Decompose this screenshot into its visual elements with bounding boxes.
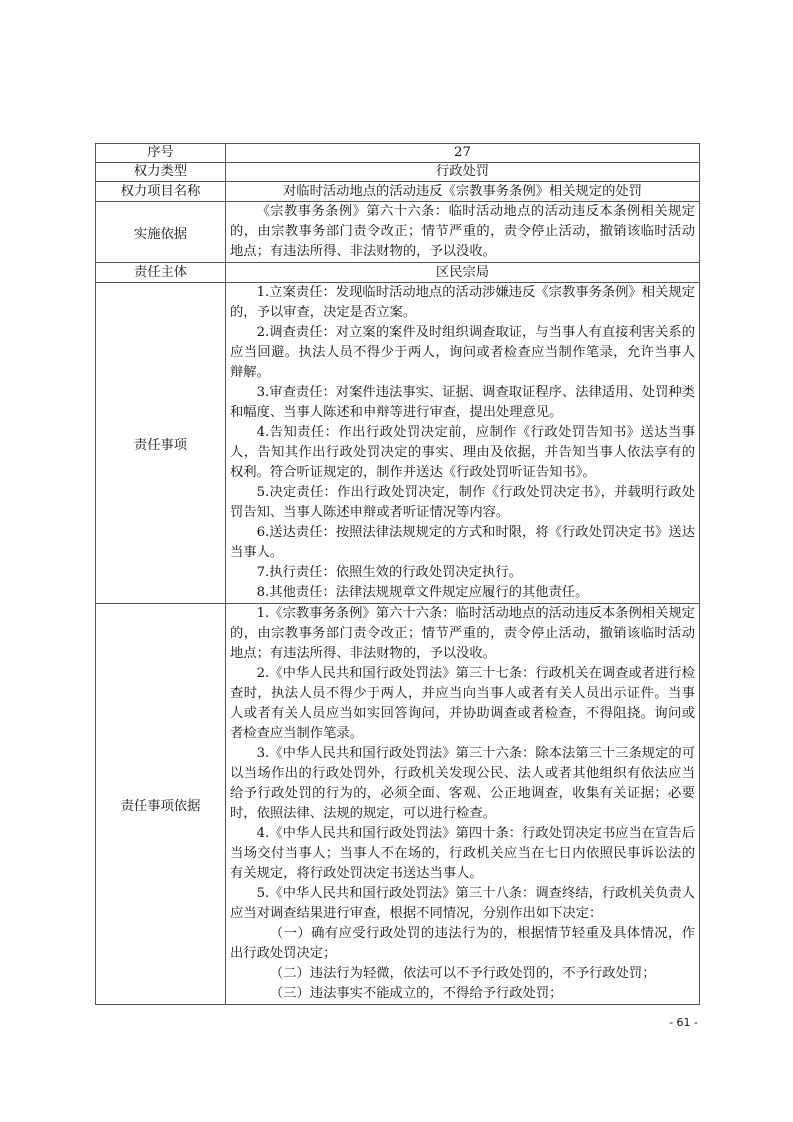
row-subject: 责任主体 区民宗局 xyxy=(96,263,700,283)
subject-value: 区民宗局 xyxy=(226,263,700,283)
duty-basis-label: 责任事项依据 xyxy=(96,604,226,1005)
duty-basis-item: 1.《宗教事务条例》第六十六条：临时活动地点的活动违反本条例相关规定的，由宗教事… xyxy=(230,604,695,664)
power-type-label: 权力类型 xyxy=(96,163,226,182)
basis-text: 《宗教事务条例》第六十六条：临时活动地点的活动违反本条例相关规定的，由宗教事务部… xyxy=(230,202,695,262)
duty-item: 3.审查责任：对案件违法事实、证据、调查取证程序、法律适用、处罚种类和幅度、当事… xyxy=(230,383,695,423)
duty-basis-subitem: （一）确有应受行政处罚的违法行为的，根据情节轻重及具体情况，作出行政处罚决定； xyxy=(230,924,695,964)
page-number: - 61 - xyxy=(669,1016,698,1029)
basis-value: 《宗教事务条例》第六十六条：临时活动地点的活动违反本条例相关规定的，由宗教事务部… xyxy=(226,202,700,263)
duty-basis-value: 1.《宗教事务条例》第六十六条：临时活动地点的活动违反本条例相关规定的，由宗教事… xyxy=(226,604,700,1005)
duty-item: 5.决定责任：作出行政处罚决定，制作《行政处罚决定书》，并载明行政处罚告知、当事… xyxy=(230,483,695,523)
duty-basis-item: 3.《中华人民共和国行政处罚法》第三十六条：除本法第三十三条规定的可以当场作出的… xyxy=(230,744,695,824)
duties-value: 1.立案责任：发现临时活动地点的活动涉嫌违反《宗教事务条例》相关规定的，予以审查… xyxy=(226,283,700,604)
power-list-table: 序号 27 权力类型 行政处罚 权力项目名称 对临时活动地点的活动违反《宗教事务… xyxy=(95,143,700,1005)
serial-value: 27 xyxy=(226,144,700,163)
duties-label: 责任事项 xyxy=(96,283,226,604)
duty-basis-item: 2.《中华人民共和国行政处罚法》第三十七条：行政机关在调查或者进行检查时，执法人… xyxy=(230,664,695,744)
power-type-value: 行政处罚 xyxy=(226,163,700,182)
row-power-type: 权力类型 行政处罚 xyxy=(96,163,700,182)
duty-basis-subitem: （二）违法行为轻微，依法可以不予行政处罚的，不予行政处罚； xyxy=(230,964,695,984)
item-name-label: 权力项目名称 xyxy=(96,182,226,202)
row-duties: 责任事项 1.立案责任：发现临时活动地点的活动涉嫌违反《宗教事务条例》相关规定的… xyxy=(96,283,700,604)
duty-basis-item: 4.《中华人民共和国行政处罚法》第四十条：行政处罚决定书应当在宣告后当场交付当事… xyxy=(230,824,695,884)
serial-label: 序号 xyxy=(96,144,226,163)
duty-item: 2.调查责任：对立案的案件及时组织调查取证，与当事人有直接利害关系的应当回避。执… xyxy=(230,323,695,383)
duty-item: 7.执行责任：依照生效的行政处罚决定执行。 xyxy=(230,563,695,583)
subject-label: 责任主体 xyxy=(96,263,226,283)
basis-label: 实施依据 xyxy=(96,202,226,263)
row-serial: 序号 27 xyxy=(96,144,700,163)
duty-item: 6.送达责任：按照法律法规规定的方式和时限，将《行政处罚决定书》送达当事人。 xyxy=(230,523,695,563)
row-duty-basis: 责任事项依据 1.《宗教事务条例》第六十六条：临时活动地点的活动违反本条例相关规… xyxy=(96,604,700,1005)
duty-item: 8.其他责任：法律法规规章文件规定应履行的其他责任。 xyxy=(230,583,695,603)
row-item-name: 权力项目名称 对临时活动地点的活动违反《宗教事务条例》相关规定的处罚 xyxy=(96,182,700,202)
item-name-value: 对临时活动地点的活动违反《宗教事务条例》相关规定的处罚 xyxy=(226,182,700,202)
duty-item: 4.告知责任：作出行政处罚决定前，应制作《行政处罚告知书》送达当事人，告知其作出… xyxy=(230,423,695,483)
duty-item: 1.立案责任：发现临时活动地点的活动涉嫌违反《宗教事务条例》相关规定的，予以审查… xyxy=(230,283,695,323)
row-basis: 实施依据 《宗教事务条例》第六十六条：临时活动地点的活动违反本条例相关规定的，由… xyxy=(96,202,700,263)
duty-basis-subitem: （三）违法事实不能成立的，不得给予行政处罚； xyxy=(230,984,695,1004)
duty-basis-item: 5.《中华人民共和国行政处罚法》第三十八条：调查终结，行政机关负责人应当对调查结… xyxy=(230,884,695,924)
